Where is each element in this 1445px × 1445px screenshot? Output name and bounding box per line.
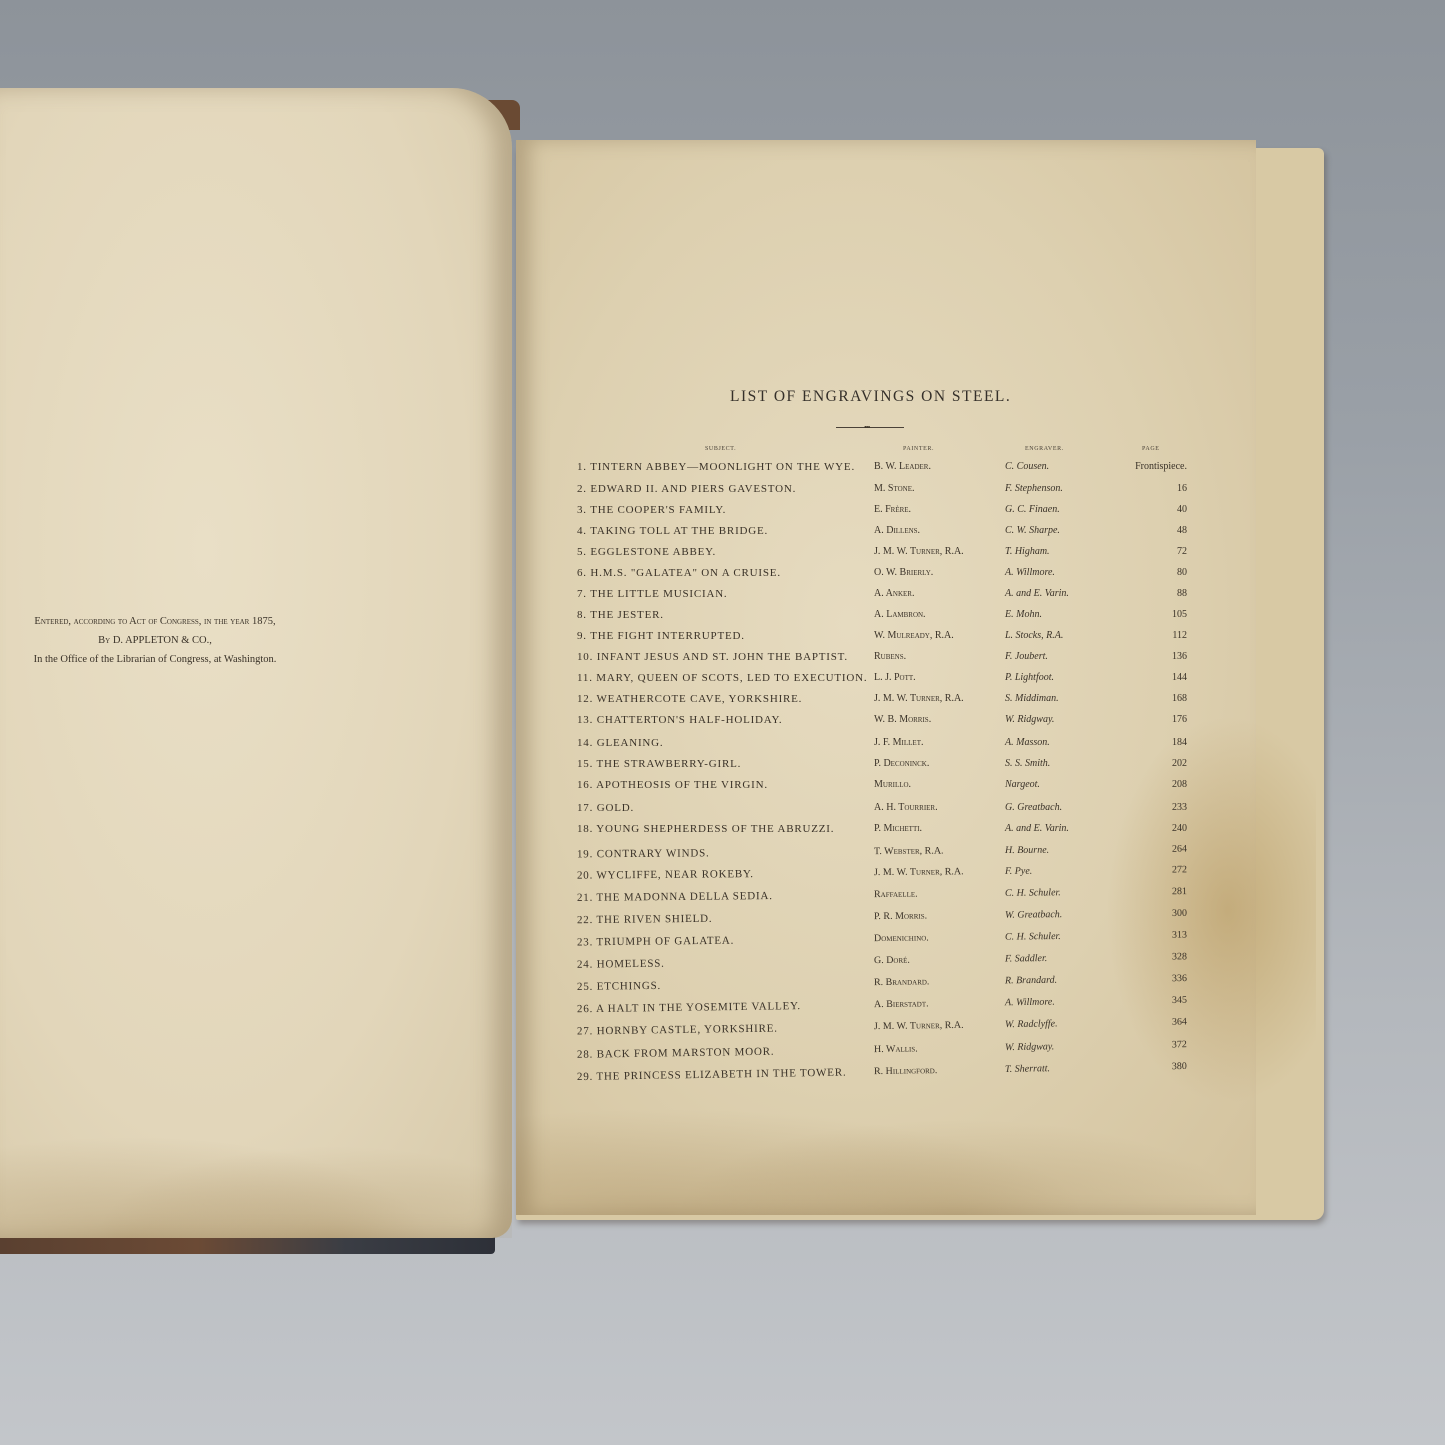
copyright-line-1: Entered, according to Act of Congress, i… bbox=[20, 612, 290, 631]
page-number: 233 bbox=[1172, 802, 1187, 813]
page-number: 136 bbox=[1172, 651, 1187, 662]
page-number: 240 bbox=[1172, 823, 1187, 834]
subject: 26. A HALT IN THE YOSEMITE VALLEY. bbox=[577, 1000, 801, 1015]
painter: W. B. Morris. bbox=[874, 714, 931, 725]
water-stain bbox=[0, 1108, 512, 1238]
painter: P. Michetti. bbox=[874, 823, 922, 834]
page-number: 328 bbox=[1172, 951, 1187, 962]
page-number: 264 bbox=[1172, 844, 1187, 855]
page-number: 105 bbox=[1172, 609, 1187, 620]
engraver: A. and E. Varin. bbox=[1005, 823, 1069, 834]
painter: A. Bierstadt. bbox=[874, 998, 929, 1010]
page-number: 72 bbox=[1177, 546, 1187, 557]
page-number: 336 bbox=[1172, 973, 1187, 984]
page-number: 372 bbox=[1172, 1039, 1187, 1050]
page-number: 144 bbox=[1172, 672, 1187, 683]
subject: 1. TINTERN ABBEY—MOONLIGHT ON THE WYE. bbox=[577, 461, 855, 473]
subject: 7. THE LITTLE MUSICIAN. bbox=[577, 588, 728, 600]
painter: O. W. Brierly. bbox=[874, 567, 933, 578]
engraver: W. Radclyffe. bbox=[1005, 1018, 1058, 1030]
page-number: 272 bbox=[1172, 864, 1187, 875]
list-item: 15. THE STRAWBERRY-GIRL.P. Deconinck.S. … bbox=[577, 758, 1187, 778]
engraver: A. and E. Varin. bbox=[1005, 588, 1069, 599]
list-item: 7. THE LITTLE MUSICIAN.A. Anker.A. and E… bbox=[577, 588, 1187, 608]
subject: 21. THE MADONNA DELLA SEDIA. bbox=[577, 890, 773, 904]
engraver: R. Brandard. bbox=[1005, 975, 1057, 987]
painter: Raffaelle. bbox=[874, 889, 918, 900]
painter: Murillo. bbox=[874, 779, 911, 790]
list-item: 16. APOTHEOSIS OF THE VIRGIN.Murillo.Nar… bbox=[577, 779, 1187, 799]
list-item: 8. THE JESTER.A. Lambron.E. Mohn.105 bbox=[577, 609, 1187, 629]
list-item: 5. EGGLESTONE ABBEY.J. M. W. Turner, R.A… bbox=[577, 546, 1187, 566]
list-item: 4. TAKING TOLL AT THE BRIDGE.A. Dillens.… bbox=[577, 525, 1187, 545]
engraver: H. Bourne. bbox=[1005, 845, 1049, 856]
subject: 2. EDWARD II. AND PIERS GAVESTON. bbox=[577, 483, 796, 495]
engraver: W. Ridgway. bbox=[1005, 1041, 1055, 1053]
list-item: 14. GLEANING.J. F. Millet.A. Masson.184 bbox=[577, 737, 1187, 757]
subject: 5. EGGLESTONE ABBEY. bbox=[577, 546, 716, 558]
list-item: 2. EDWARD II. AND PIERS GAVESTON.M. Ston… bbox=[577, 483, 1187, 503]
list-item: 9. THE FIGHT INTERRUPTED.W. Mulready, R.… bbox=[577, 630, 1187, 650]
painter: J. M. W. Turner, R.A. bbox=[874, 866, 964, 878]
page-number: 345 bbox=[1172, 995, 1187, 1006]
engraver: G. C. Finaen. bbox=[1005, 504, 1060, 515]
engraver: S. S. Smith. bbox=[1005, 758, 1050, 769]
page-number: 208 bbox=[1172, 779, 1187, 790]
subject: 22. THE RIVEN SHIELD. bbox=[577, 913, 713, 926]
engraver: F. Stephenson. bbox=[1005, 483, 1063, 494]
engraver: C. Cousen. bbox=[1005, 461, 1049, 472]
page-number: 202 bbox=[1172, 758, 1187, 769]
copyright-line-2: By D. APPLETON & CO., bbox=[20, 631, 290, 650]
copyright-line-3: In the Office of the Librarian of Congre… bbox=[20, 650, 290, 669]
subject: 25. ETCHINGS. bbox=[577, 980, 661, 993]
painter: J. M. W. Turner, R.A. bbox=[874, 693, 964, 704]
subject: 28. BACK FROM MARSTON MOOR. bbox=[577, 1046, 775, 1061]
engraver: P. Lightfoot. bbox=[1005, 672, 1054, 683]
page-number: 184 bbox=[1172, 737, 1187, 748]
page-number: 40 bbox=[1177, 504, 1187, 515]
subject: 16. APOTHEOSIS OF THE VIRGIN. bbox=[577, 779, 768, 791]
subject: 9. THE FIGHT INTERRUPTED. bbox=[577, 630, 745, 642]
painter: P. Deconinck. bbox=[874, 758, 929, 769]
page-number: 112 bbox=[1172, 630, 1187, 641]
painter: Domenichino. bbox=[874, 932, 929, 944]
list-item: 17. GOLD.A. H. Tourrier.G. Greatbach.233 bbox=[577, 802, 1187, 822]
engraver: A. Willmore. bbox=[1005, 567, 1055, 578]
subject: 10. INFANT JESUS AND ST. JOHN THE BAPTIS… bbox=[577, 651, 848, 663]
painter: J. M. W. Turner, R.A. bbox=[874, 1020, 964, 1032]
painter: H. Wallis. bbox=[874, 1043, 918, 1055]
painter: R. Brandard. bbox=[874, 976, 930, 988]
engraver: E. Mohn. bbox=[1005, 609, 1042, 620]
subject: 27. HORNBY CASTLE, YORKSHIRE. bbox=[577, 1023, 778, 1038]
page-number: 313 bbox=[1172, 930, 1187, 941]
engraver: C. H. Schuler. bbox=[1005, 931, 1061, 943]
engraver: C. W. Sharpe. bbox=[1005, 525, 1060, 536]
list-item: 3. THE COOPER'S FAMILY.E. Frère.G. C. Fi… bbox=[577, 504, 1187, 524]
painter: A. Anker. bbox=[874, 588, 914, 599]
subject: 20. WYCLIFFE, NEAR ROKEBY. bbox=[577, 868, 754, 882]
header-painter: PAINTER. bbox=[903, 446, 934, 452]
list-item: 11. MARY, QUEEN OF SCOTS, LED TO EXECUTI… bbox=[577, 672, 1187, 692]
page-number: 80 bbox=[1177, 567, 1187, 578]
painter: Rubens. bbox=[874, 651, 906, 662]
engraver: L. Stocks, R.A. bbox=[1005, 630, 1063, 641]
painter: R. Hillingford. bbox=[874, 1065, 938, 1077]
painter: G. Doré. bbox=[874, 955, 910, 966]
subject: 14. GLEANING. bbox=[577, 737, 663, 749]
header-page: PAGE bbox=[1142, 446, 1160, 452]
page-number: Frontispiece. bbox=[1135, 461, 1187, 472]
painter: A. Dillens. bbox=[874, 525, 920, 536]
engraver: C. H. Schuler. bbox=[1005, 887, 1061, 899]
subject: 23. TRIUMPH OF GALATEA. bbox=[577, 935, 734, 949]
subject: 6. H.M.S. "GALATEA" ON A CRUISE. bbox=[577, 567, 781, 579]
engraver: F. Saddler. bbox=[1005, 953, 1047, 965]
page-number: 176 bbox=[1172, 714, 1187, 725]
painter: E. Frère. bbox=[874, 504, 911, 515]
engraver: T. Higham. bbox=[1005, 546, 1050, 557]
engraver: W. Greatbach. bbox=[1005, 909, 1062, 921]
painter: M. Stone. bbox=[874, 483, 915, 494]
engraver: T. Sherratt. bbox=[1005, 1063, 1050, 1075]
engraver: W. Ridgway. bbox=[1005, 714, 1054, 725]
header-engraver: ENGRAVER. bbox=[1025, 446, 1064, 452]
engraver: F. Pye. bbox=[1005, 866, 1032, 877]
painter: P. R. Morris. bbox=[874, 911, 927, 923]
list-item: 6. H.M.S. "GALATEA" ON A CRUISE.O. W. Br… bbox=[577, 567, 1187, 587]
engraver: S. Middiman. bbox=[1005, 693, 1059, 704]
page-title: LIST OF ENGRAVINGS ON STEEL. bbox=[730, 388, 1011, 406]
subject: 19. CONTRARY WINDS. bbox=[577, 847, 710, 860]
list-item: 13. CHATTERTON'S HALF-HOLIDAY.W. B. Morr… bbox=[577, 714, 1187, 734]
page-number: 364 bbox=[1172, 1016, 1187, 1027]
subject: 15. THE STRAWBERRY-GIRL. bbox=[577, 758, 741, 770]
painter: J. F. Millet. bbox=[874, 737, 923, 748]
subject: 4. TAKING TOLL AT THE BRIDGE. bbox=[577, 525, 768, 537]
title-ornament: ••• bbox=[836, 426, 904, 430]
painter: L. J. Pott. bbox=[874, 672, 916, 683]
subject: 18. YOUNG SHEPHERDESS OF THE ABRUZZI. bbox=[577, 823, 834, 835]
subject: 24. HOMELESS. bbox=[577, 958, 665, 971]
list-item: 10. INFANT JESUS AND ST. JOHN THE BAPTIS… bbox=[577, 651, 1187, 671]
list-item: 18. YOUNG SHEPHERDESS OF THE ABRUZZI.P. … bbox=[577, 823, 1187, 843]
subject: 8. THE JESTER. bbox=[577, 609, 664, 621]
engraver: G. Greatbach. bbox=[1005, 802, 1062, 813]
engraver: Nargeot. bbox=[1005, 779, 1040, 790]
page-number: 168 bbox=[1172, 693, 1187, 704]
page-number: 380 bbox=[1172, 1061, 1187, 1072]
engraver: A. Willmore. bbox=[1005, 997, 1055, 1009]
subject: 13. CHATTERTON'S HALF-HOLIDAY. bbox=[577, 714, 782, 726]
subject: 17. GOLD. bbox=[577, 802, 634, 814]
page-number: 48 bbox=[1177, 525, 1187, 536]
painter: J. M. W. Turner, R.A. bbox=[874, 546, 964, 557]
page-number: 281 bbox=[1172, 886, 1187, 897]
page-number: 16 bbox=[1177, 483, 1187, 494]
header-subject: SUBJECT. bbox=[705, 446, 736, 452]
painter: A. H. Tourrier. bbox=[874, 802, 938, 813]
painter: B. W. Leader. bbox=[874, 461, 931, 472]
list-item: 12. WEATHERCOTE CAVE, YORKSHIRE.J. M. W.… bbox=[577, 693, 1187, 713]
engraver: F. Joubert. bbox=[1005, 651, 1048, 662]
page-number: 300 bbox=[1172, 908, 1187, 919]
page-number: 88 bbox=[1177, 588, 1187, 599]
subject: 3. THE COOPER'S FAMILY. bbox=[577, 504, 726, 516]
engraver: A. Masson. bbox=[1005, 737, 1050, 748]
painter: A. Lambron. bbox=[874, 609, 926, 620]
subject: 12. WEATHERCOTE CAVE, YORKSHIRE. bbox=[577, 693, 802, 705]
copyright-notice: Entered, according to Act of Congress, i… bbox=[20, 612, 290, 669]
subject: 11. MARY, QUEEN OF SCOTS, LED TO EXECUTI… bbox=[577, 672, 867, 684]
painter: T. Webster, R.A. bbox=[874, 846, 944, 858]
list-item: 1. TINTERN ABBEY—MOONLIGHT ON THE WYE.B.… bbox=[577, 461, 1187, 481]
painter: W. Mulready, R.A. bbox=[874, 630, 954, 641]
